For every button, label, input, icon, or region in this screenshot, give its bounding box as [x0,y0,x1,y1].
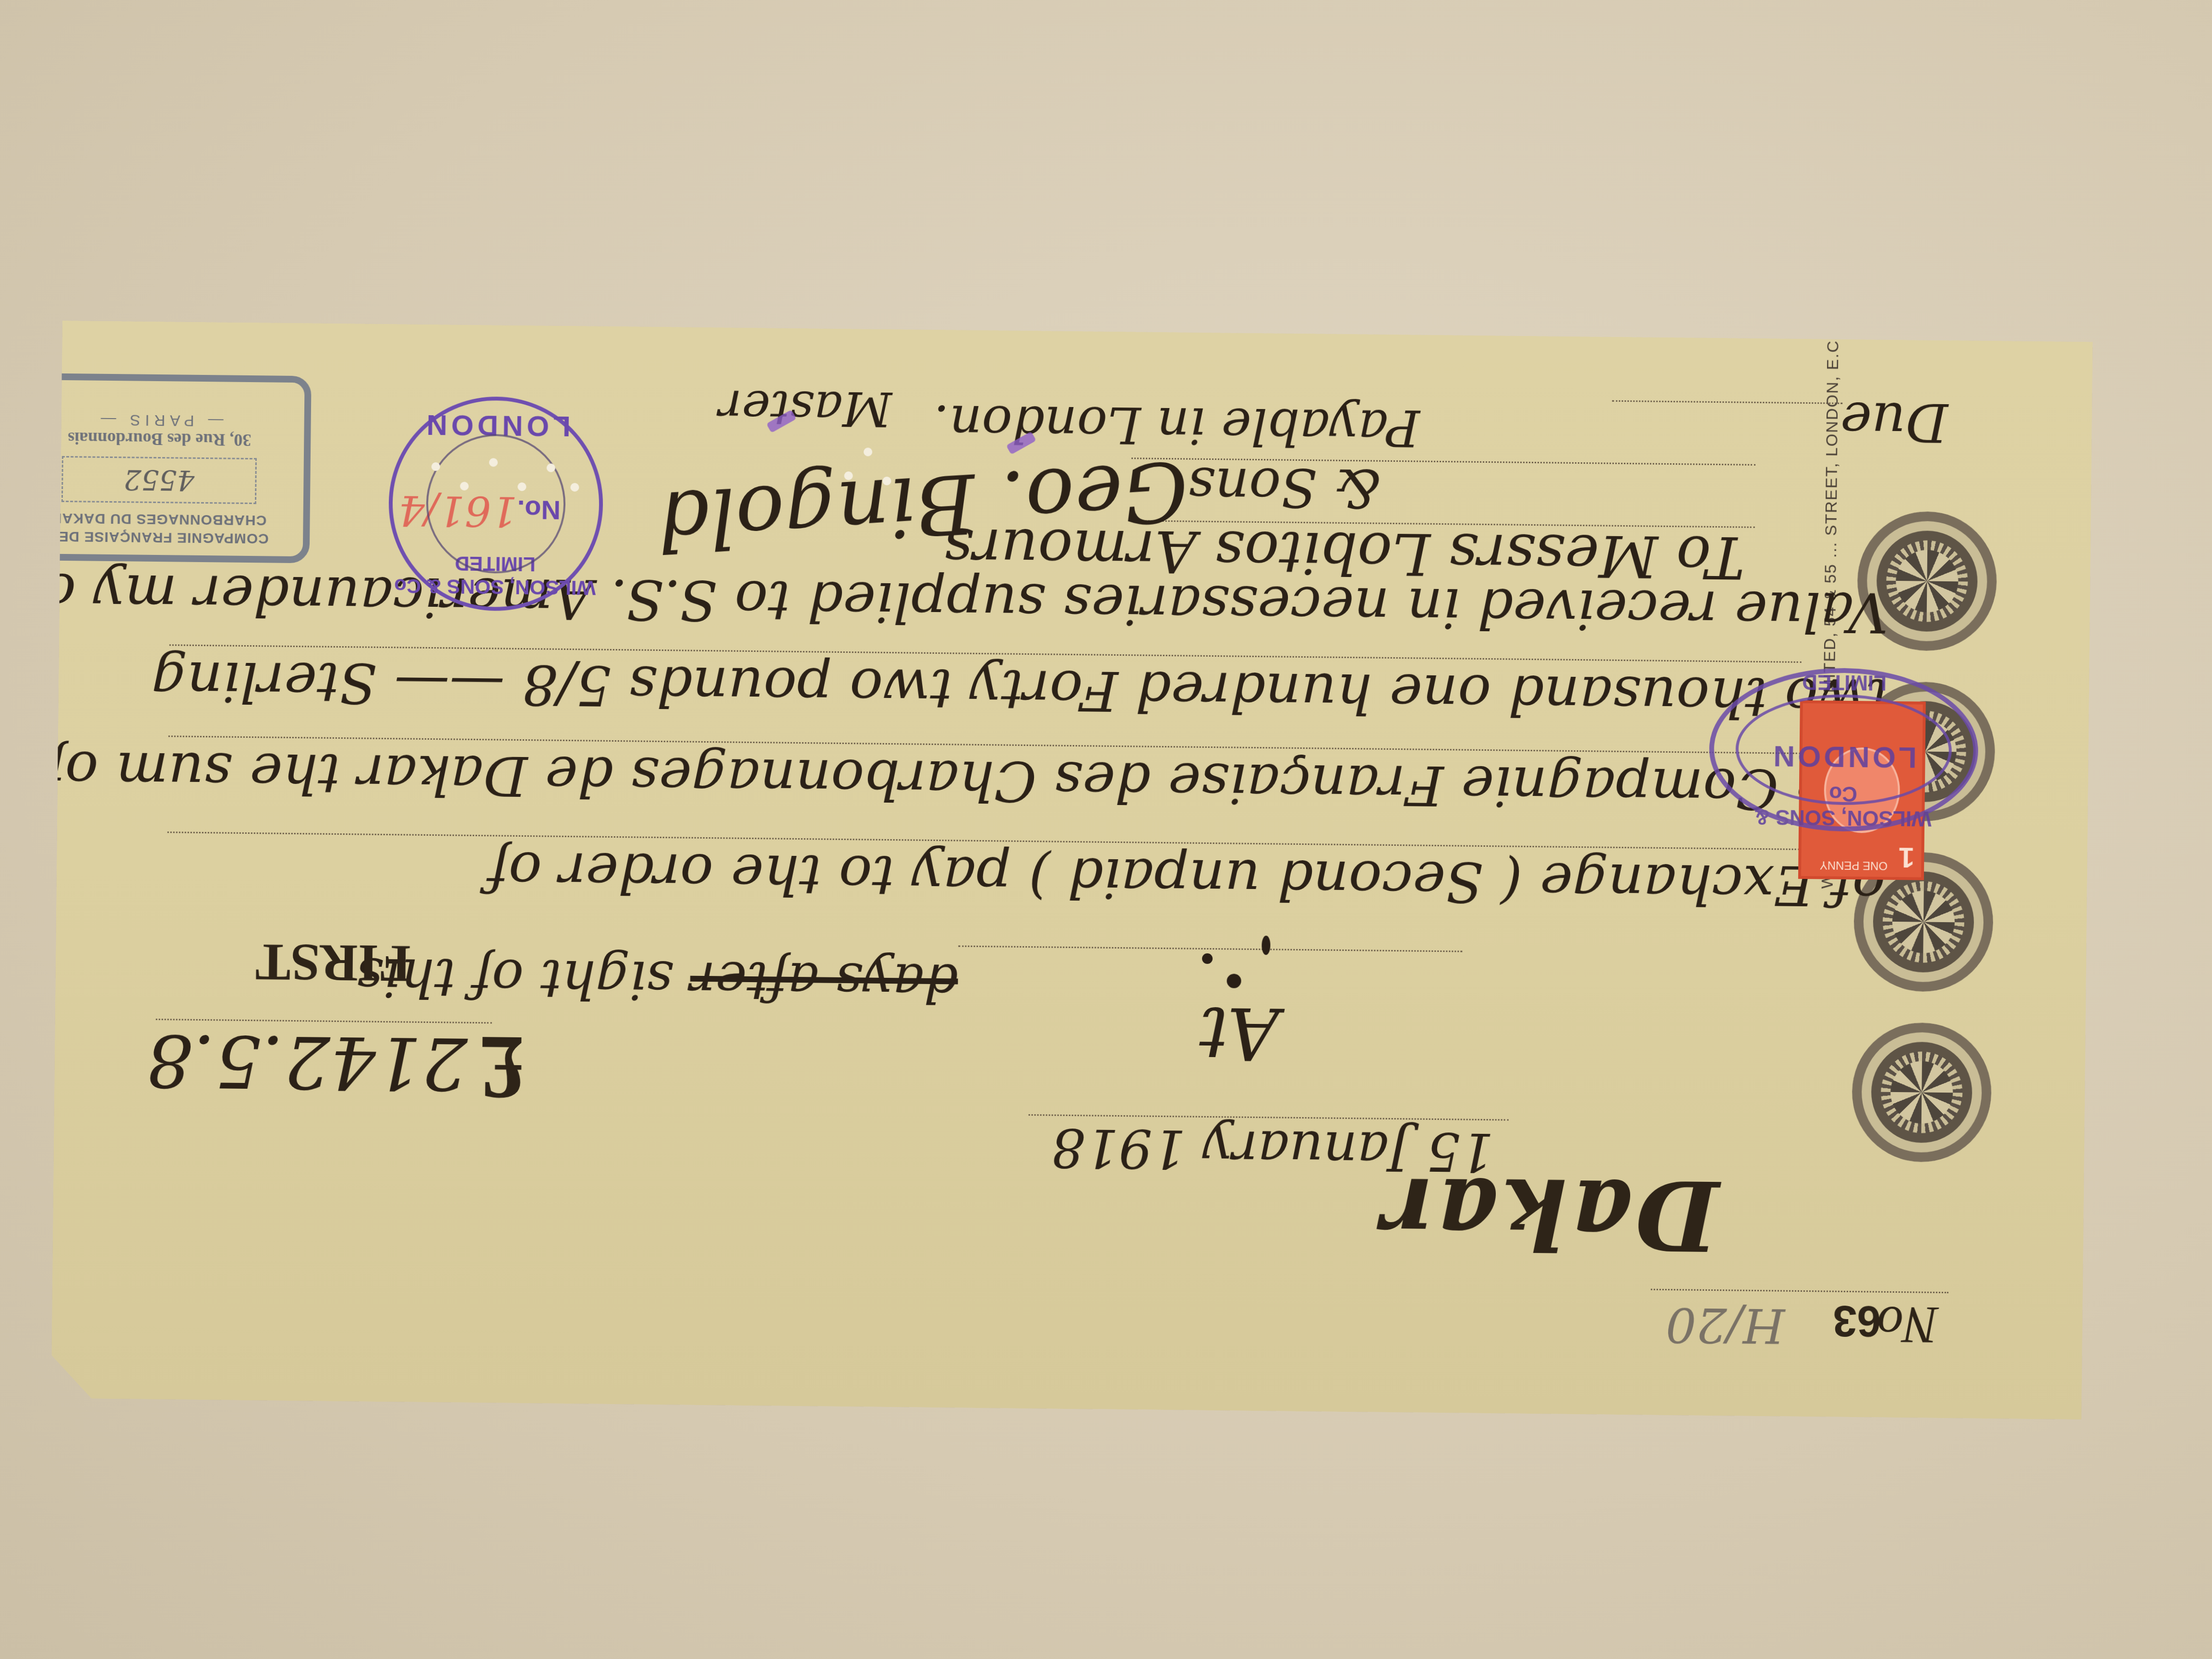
perforation-hole [864,447,872,456]
signature-title: Master [719,379,892,437]
due-label: Due [1840,391,1948,453]
company-stamp-line-2: CHARBONNAGES DU DAKAR [25,509,291,529]
oval-stamp-bottom-text: LIMITED [1743,669,1946,695]
circle-stamp-city: LONDON [393,408,600,443]
issue-date: 15 January 1918 [1051,1117,1494,1183]
struck-days-after: days after [690,950,958,1014]
perforation-hole [432,462,440,471]
wilson-sons-circle-stamp: WILSON, SONS & Co LIMITED No. 161/4 LOND… [388,396,604,612]
due-date-field [1612,400,1842,404]
stamp-label: ONE PENNY [1820,858,1888,872]
body-line-1: of Exchange ( Second unpaid ) pay to the… [488,839,1886,918]
perforation-hole [460,482,469,491]
bill-number: 63 [1833,1296,1881,1346]
circle-stamp-no-label: No. [517,494,561,526]
tenor-at: At [1199,991,1280,1075]
tenor-rule [958,946,1462,952]
ink-blot [1202,953,1213,964]
copy-label-first: FIRST [255,931,411,994]
bill-of-exchange: WATERLOW & SONS LIMITED, 54 & 55 ... STR… [51,321,2092,1419]
cheque-content: WATERLOW & SONS LIMITED, 54 & 55 ... STR… [51,321,2092,1419]
ink-blot [1262,936,1270,955]
tenor-text: days after sight of this [356,946,959,1014]
perforation-hole [547,463,555,472]
pound-sign: £ [479,1015,525,1120]
pencil-annotation: H/20 [1665,1297,1785,1354]
amount-figures: 2142.5.8 [146,1018,468,1105]
oval-stamp-city: LONDON [1714,738,1973,775]
perforation-hole [517,482,526,491]
company-stamp-line-1: COMPAGNIE FRANÇAISE DES [25,528,291,547]
oval-stamp-top-text: WILSON, SONS & Co [1742,781,1944,830]
perforation-hole [570,483,579,492]
rosette-ornament-icon [1851,1022,1992,1163]
perforation-hole [489,458,498,467]
number-label: No [1876,1294,1939,1356]
drawee-line-2: & Sons [1188,456,1381,519]
perforation-hole [844,471,853,480]
company-stamp-address: 30, Rue des Bourdonnais [26,428,292,451]
company-stamp-city: — PARIS — [27,410,293,431]
stamp-value: 1 [1899,841,1915,874]
circle-stamp-red-number: 161/4 [398,486,517,535]
company-rect-stamp: COMPAGNIE FRANÇAISE DES CHARBONNAGES DU … [7,373,312,564]
ink-blot [1226,974,1241,988]
number-rule [1651,1289,1948,1293]
company-stamp-number: 4552 [61,456,257,504]
oval-cancellation-stamp: WILSON, SONS & Co LONDON LIMITED [1708,667,1979,833]
circle-stamp-ring-text: WILSON, SONS & Co LIMITED [392,551,599,599]
perforation-hole [882,477,891,485]
